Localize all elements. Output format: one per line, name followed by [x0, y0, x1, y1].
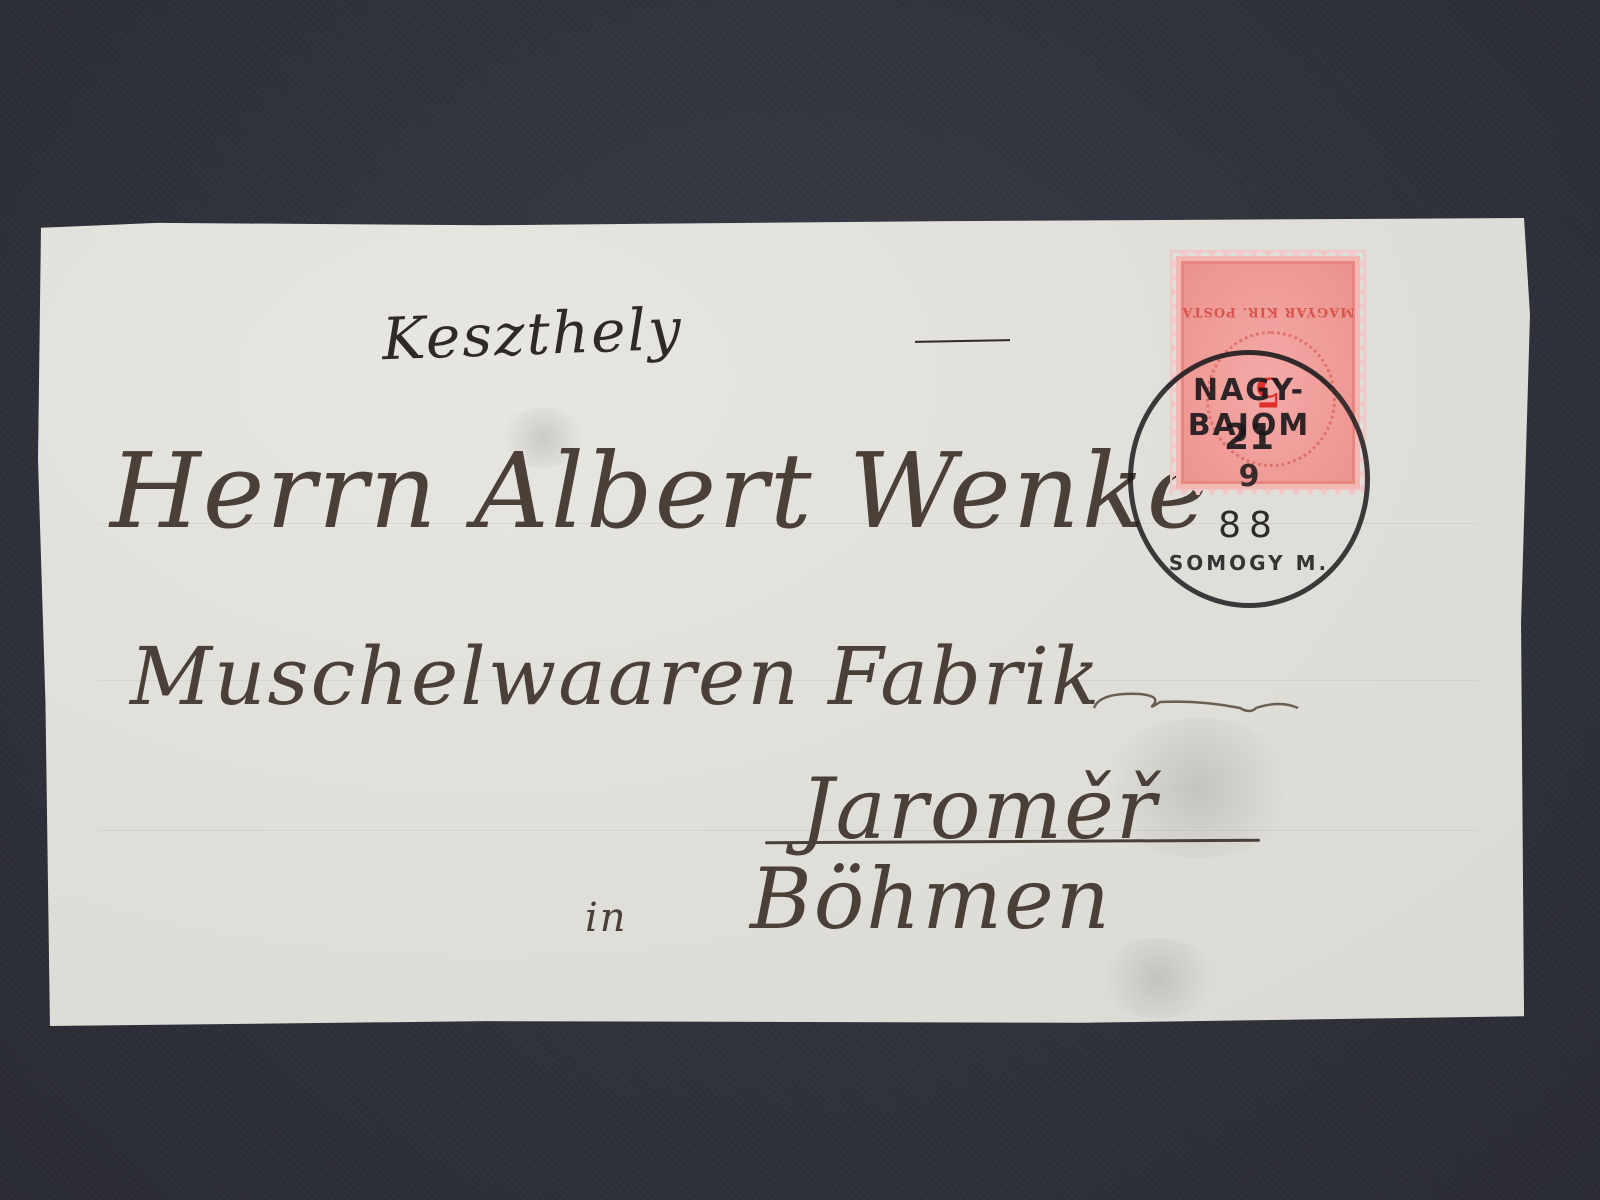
postmark-day: 21: [1133, 417, 1365, 458]
faint-ruled-line: [98, 830, 1478, 831]
postmark-year: 88: [1133, 505, 1365, 546]
postmark: NAGY-BAJOM 21 9 88 SOMOGY M.: [1128, 350, 1370, 608]
recipient-company: Muschelwaaren Fabrik: [130, 630, 1101, 723]
postmark-month: 9: [1133, 459, 1365, 494]
origin-note: Keszthely: [381, 295, 684, 373]
recipient-name: Herrn Albert Wenke: [110, 430, 1210, 552]
postmark-county: SOMOGY M.: [1133, 551, 1365, 575]
paper-smudge: [1098, 938, 1218, 1018]
recipient-region: Böhmen: [750, 850, 1112, 948]
stamp-issuer-text: MAGYAR KIR. POSTA: [1176, 304, 1360, 319]
flourish-decoration: [1090, 690, 1300, 720]
recipient-region-prefix: in: [585, 895, 628, 941]
